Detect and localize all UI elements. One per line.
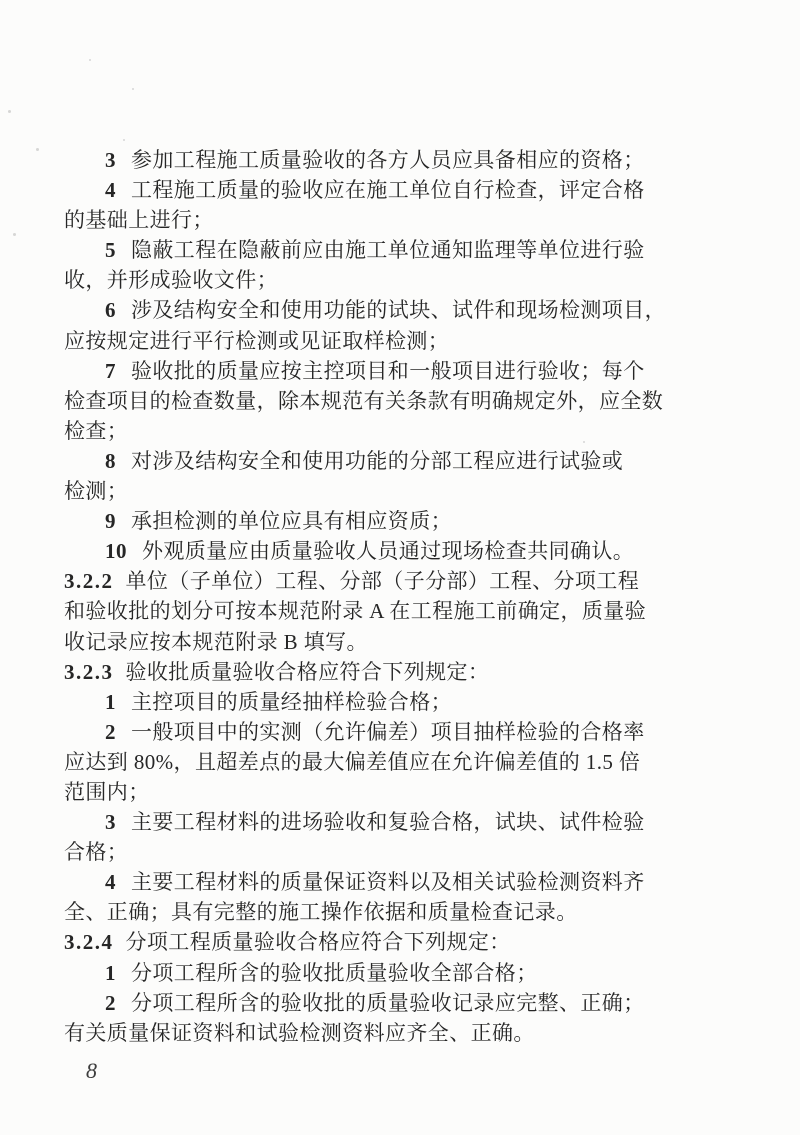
clause-number: 2 — [105, 720, 116, 744]
line-text: 承担检测的单位应具有相应资质； — [131, 509, 452, 533]
line-text: 检查； — [64, 419, 128, 443]
text-line: 应按规定进行平行检测或见证取样检测； — [64, 326, 704, 356]
clause-number: 3.2.2 — [64, 569, 114, 593]
clause-number: 3.2.3 — [64, 660, 114, 684]
line-text: 单位（子单位）工程、分部（子分部）工程、分项工程 — [126, 569, 640, 593]
line-text: 有关质量保证资料和试验检测资料应齐全、正确。 — [64, 1021, 535, 1045]
text-line: 有关质量保证资料和试验检测资料应齐全、正确。 — [64, 1018, 704, 1048]
text-line: 1分项工程所含的验收批质量验收全部合格； — [64, 958, 704, 988]
text-line: 全、正确；具有完整的施工操作依据和质量检查记录。 — [64, 897, 704, 927]
line-text: 应按规定进行平行检测或见证取样检测； — [64, 329, 449, 353]
scan-speck — [8, 110, 11, 113]
text-line: 1主控项目的质量经抽样检验合格； — [64, 687, 704, 717]
line-text: 一般项目中的实测（允许偏差）项目抽样检验的合格率 — [131, 720, 645, 744]
document-page: 3参加工程施工质量验收的各方人员应具备相应的资格；4工程施工质量的验收应在施工单… — [0, 0, 800, 1135]
text-line: 合格； — [64, 837, 704, 867]
text-line: 9承担检测的单位应具有相应资质； — [64, 506, 704, 536]
text-line: 8对涉及结构安全和使用功能的分部工程应进行试验或 — [64, 446, 704, 476]
clause-number: 5 — [105, 238, 116, 262]
line-text: 主控项目的质量经抽样检验合格； — [131, 690, 452, 714]
text-line: 的基础上进行； — [64, 205, 704, 235]
clause-number: 2 — [105, 991, 116, 1015]
document-body: 3参加工程施工质量验收的各方人员应具备相应的资格；4工程施工质量的验收应在施工单… — [64, 145, 704, 1048]
text-line: 2一般项目中的实测（允许偏差）项目抽样检验的合格率 — [64, 717, 704, 747]
text-line: 3.2.2单位（子单位）工程、分部（子分部）工程、分项工程 — [64, 566, 704, 596]
line-text: 分项工程质量验收合格应符合下列规定： — [126, 930, 511, 954]
text-line: 收记录应按本规范附录 B 填写。 — [64, 627, 704, 657]
text-line: 和验收批的划分可按本规范附录 A 在工程施工前确定，质量验 — [64, 596, 704, 626]
line-text: 主要工程材料的质量保证资料以及相关试验检测资料齐 — [131, 870, 645, 894]
page-number: 8 — [86, 1058, 97, 1084]
text-line: 检查项目的检查数量，除本规范有关条款有明确规定外，应全数 — [64, 386, 704, 416]
text-line: 检查； — [64, 416, 704, 446]
line-text: 主要工程材料的进场验收和复验合格，试块、试件检验 — [131, 810, 645, 834]
clause-number: 9 — [105, 509, 116, 533]
clause-number: 3 — [105, 810, 116, 834]
text-line: 3.2.4分项工程质量验收合格应符合下列规定： — [64, 927, 704, 957]
line-text: 涉及结构安全和使用功能的试块、试件和现场检测项目， — [131, 298, 666, 322]
clause-number: 8 — [105, 449, 116, 473]
line-text: 全、正确；具有完整的施工操作依据和质量检查记录。 — [64, 900, 578, 924]
clause-number: 1 — [105, 690, 116, 714]
text-line: 范围内； — [64, 777, 704, 807]
line-text: 对涉及结构安全和使用功能的分部工程应进行试验或 — [131, 449, 623, 473]
line-text: 隐蔽工程在隐蔽前应由施工单位通知监理等单位进行验 — [131, 238, 645, 262]
text-line: 3.2.3验收批质量验收合格应符合下列规定： — [64, 657, 704, 687]
text-line: 2分项工程所含的验收批的质量验收记录应完整、正确； — [64, 988, 704, 1018]
scan-speck — [89, 59, 91, 61]
clause-number: 6 — [105, 298, 116, 322]
line-text: 收，并形成验收文件； — [64, 268, 278, 292]
line-text: 检查项目的检查数量，除本规范有关条款有明确规定外，应全数 — [64, 389, 663, 413]
clause-number: 4 — [105, 178, 116, 202]
clause-number: 10 — [105, 539, 127, 563]
scan-speck — [123, 139, 125, 141]
line-text: 合格； — [64, 840, 128, 864]
line-text: 检测； — [64, 479, 128, 503]
text-line: 检测； — [64, 476, 704, 506]
line-text: 应达到 80%，且超差点的最大偏差值应在允许偏差值的 1.5 倍 — [64, 750, 640, 774]
line-text: 验收批的质量应按主控项目和一般项目进行验收；每个 — [131, 359, 645, 383]
clause-number: 3.2.4 — [64, 930, 114, 954]
line-text: 的基础上进行； — [64, 208, 214, 232]
text-line: 3主要工程材料的进场验收和复验合格，试块、试件检验 — [64, 807, 704, 837]
scan-speck — [13, 233, 16, 236]
text-line: 4工程施工质量的验收应在施工单位自行检查，评定合格 — [64, 175, 704, 205]
clause-number: 4 — [105, 870, 116, 894]
clause-number: 3 — [105, 148, 116, 172]
line-text: 验收批质量验收合格应符合下列规定： — [126, 660, 490, 684]
line-text: 参加工程施工质量验收的各方人员应具备相应的资格； — [131, 148, 645, 172]
scan-speck — [36, 148, 39, 151]
line-text: 工程施工质量的验收应在施工单位自行检查，评定合格 — [131, 178, 645, 202]
clause-number: 7 — [105, 359, 116, 383]
text-line: 4主要工程材料的质量保证资料以及相关试验检测资料齐 — [64, 867, 704, 897]
text-line: 3参加工程施工质量验收的各方人员应具备相应的资格； — [64, 145, 704, 175]
line-text: 外观质量应由质量验收人员通过现场检查共同确认。 — [142, 539, 634, 563]
text-line: 6涉及结构安全和使用功能的试块、试件和现场检测项目， — [64, 295, 704, 325]
text-line: 7验收批的质量应按主控项目和一般项目进行验收；每个 — [64, 356, 704, 386]
line-text: 分项工程所含的验收批的质量验收记录应完整、正确； — [131, 991, 645, 1015]
text-line: 10外观质量应由质量验收人员通过现场检查共同确认。 — [64, 536, 704, 566]
clause-number: 1 — [105, 961, 116, 985]
text-line: 5隐蔽工程在隐蔽前应由施工单位通知监理等单位进行验 — [64, 235, 704, 265]
line-text: 收记录应按本规范附录 B 填写。 — [64, 630, 368, 654]
text-line: 收，并形成验收文件； — [64, 265, 704, 295]
line-text: 分项工程所含的验收批质量验收全部合格； — [131, 961, 538, 985]
text-line: 应达到 80%，且超差点的最大偏差值应在允许偏差值的 1.5 倍 — [64, 747, 704, 777]
line-text: 范围内； — [64, 780, 150, 804]
line-text: 和验收批的划分可按本规范附录 A 在工程施工前确定，质量验 — [64, 599, 646, 623]
scan-speck — [132, 88, 134, 90]
